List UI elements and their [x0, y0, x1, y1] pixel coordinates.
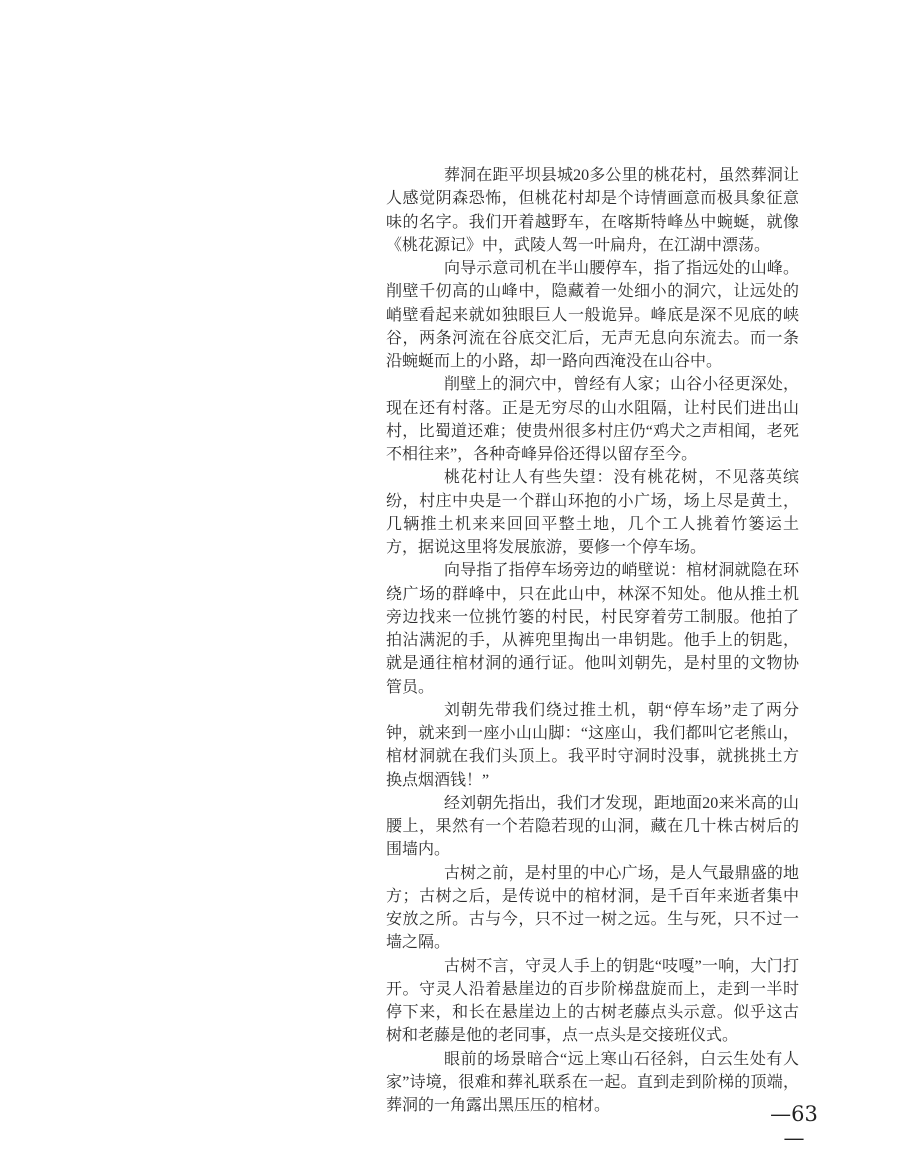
- paragraph: 经刘朝先指出，我们才发现，距地面20来米高的山腰上，果然有一个若隐若现的山洞，藏…: [386, 792, 799, 862]
- paragraph: 古树不言，守灵人手上的钥匙“吱嘎”一响，大门打开。守灵人沿着悬崖边的百步阶梯盘旋…: [386, 955, 799, 1048]
- paragraph: 向导指了指停车场旁边的峭壁说：棺材洞就隐在环绕广场的群峰中，只在此山中，林深不知…: [386, 559, 799, 699]
- article-text: 葬洞在距平坝县城20多公里的桃花村，虽然葬洞让人感觉阴森恐怖，但桃花村却是个诗情…: [386, 164, 799, 1117]
- paragraph: 桃花村让人有些失望：没有桃花树，不见落英缤纷，村庄中央是一个群山环抱的小广场，场…: [386, 466, 799, 559]
- paragraph: 古树之前，是村里的中心广场，是人气最鼎盛的地方；古树之后，是传说中的棺材洞，是千…: [386, 862, 799, 955]
- paragraph: 葬洞在距平坝县城20多公里的桃花村，虽然葬洞让人感觉阴森恐怖，但桃花村却是个诗情…: [386, 164, 799, 257]
- page-number: —63—: [760, 1102, 828, 1150]
- paragraph: 刘朝先带我们绕过推土机，朝“停车场”走了两分钟，就来到一座小山山脚：“这座山，我…: [386, 699, 799, 792]
- book-page: 葬洞在距平坝县城20多公里的桃花村，虽然葬洞让人感觉阴森恐怖，但桃花村却是个诗情…: [0, 0, 899, 1150]
- paragraph: 削壁上的洞穴中，曾经有人家；山谷小径更深处，现在还有村落。正是无穷尽的山水阻隔，…: [386, 373, 799, 466]
- paragraph: 眼前的场景暗合“远上寒山石径斜，白云生处有人家”诗境，很难和葬礼联系在一起。直到…: [386, 1048, 799, 1118]
- paragraph: 向导示意司机在半山腰停车，指了指远处的山峰。削壁千仞高的山峰中，隐藏着一处细小的…: [386, 257, 799, 373]
